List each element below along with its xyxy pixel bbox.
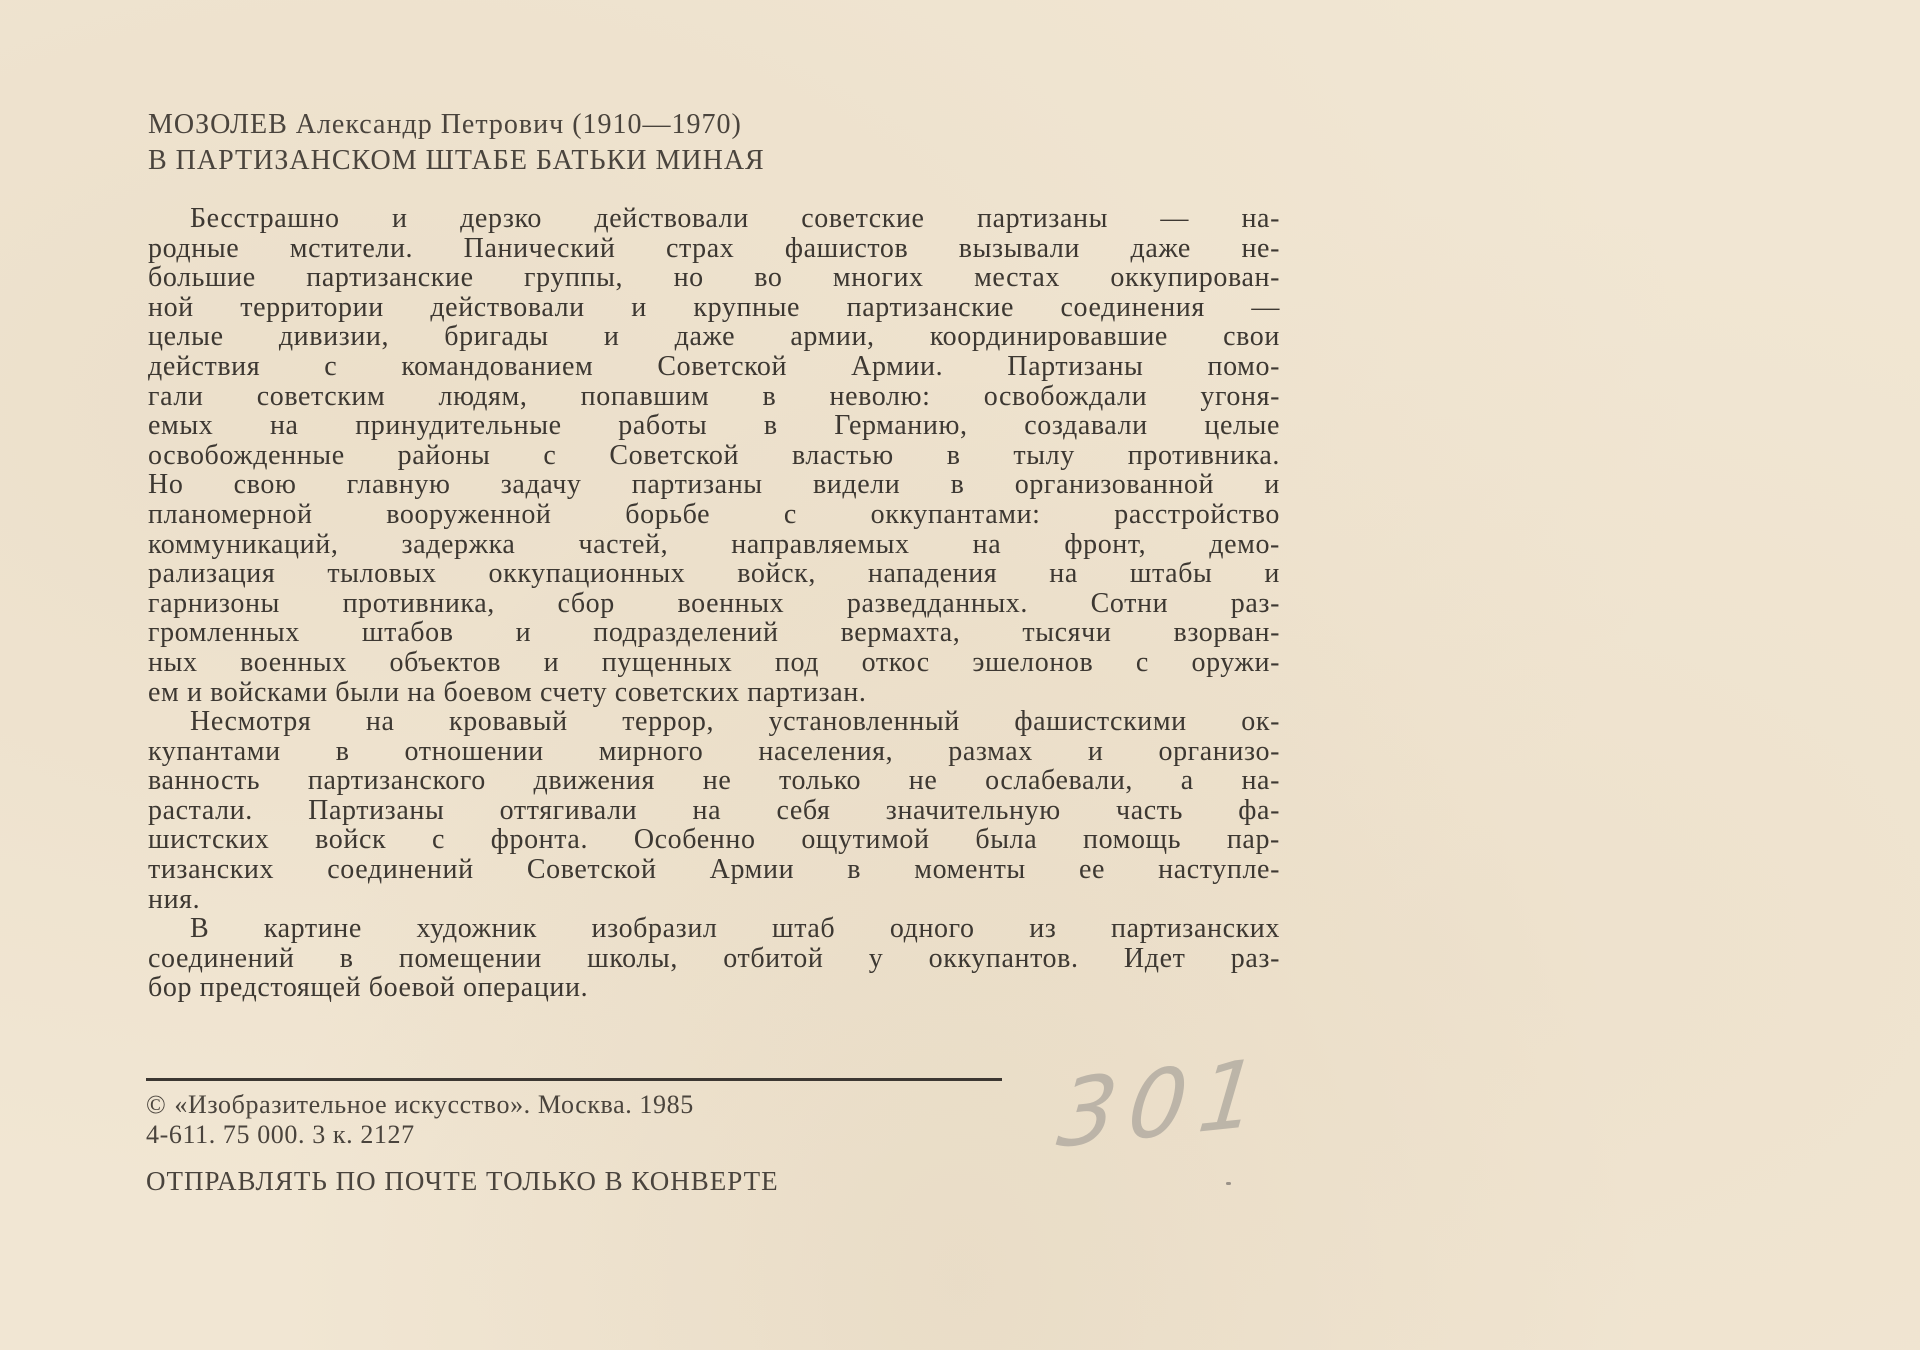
postal-notice: ОТПРАВЛЯТЬ ПО ПОЧТЕ ТОЛЬКО В КОНВЕРТЕ bbox=[146, 1166, 779, 1197]
text-line: тизанских соединений Советской Армии в м… bbox=[148, 855, 1280, 885]
author-line: МОЗОЛЕВ Александр Петрович (1910—1970) bbox=[148, 108, 765, 142]
postcard-back: МОЗОЛЕВ Александр Петрович (1910—1970) В… bbox=[0, 0, 1920, 1350]
text-line: шистских войск с фронта. Особенно ощутим… bbox=[148, 825, 1280, 855]
divider-rule bbox=[146, 1078, 1002, 1081]
description-text: Бесстрашно и дерзко действовали советски… bbox=[148, 204, 1280, 1003]
text-line: ем и войсками были на боевом счету совет… bbox=[148, 678, 1280, 708]
text-line: емых на принудительные работы в Германию… bbox=[148, 411, 1280, 441]
text-line: рализация тыловых оккупационных войск, н… bbox=[148, 559, 1280, 589]
text-line: соединений в помещении школы, отбитой у … bbox=[148, 944, 1280, 974]
artwork-title: В ПАРТИЗАНСКОМ ШТАБЕ БАТЬКИ МИНАЯ bbox=[148, 144, 765, 178]
text-line: целые дивизии, бригады и даже армии, коо… bbox=[148, 322, 1280, 352]
text-line: Несмотря на кровавый террор, установленн… bbox=[148, 707, 1280, 737]
text-line: большие партизанские группы, но во многи… bbox=[148, 263, 1280, 293]
text-line: громленных штабов и подразделений вермах… bbox=[148, 618, 1280, 648]
header: МОЗОЛЕВ Александр Петрович (1910—1970) В… bbox=[148, 108, 765, 178]
text-line: освобожденные районы с Советской властью… bbox=[148, 441, 1280, 471]
text-line: коммуникаций, задержка частей, направляе… bbox=[148, 530, 1280, 560]
publisher-line: ©«Изобразительное искусство». Москва. 19… bbox=[146, 1090, 694, 1120]
text-line: действия с командованием Советской Армии… bbox=[148, 352, 1280, 382]
text-line: ной территории действовали и крупные пар… bbox=[148, 293, 1280, 323]
text-line: родные мстители. Панический страх фашист… bbox=[148, 234, 1280, 264]
text-line: ванность партизанского движения не тольк… bbox=[148, 766, 1280, 796]
text-line: ных военных объектов и пущенных под отко… bbox=[148, 648, 1280, 678]
text-line: купантами в отношении мирного населения,… bbox=[148, 737, 1280, 767]
text-line: Но свою главную задачу партизаны видели … bbox=[148, 470, 1280, 500]
text-line: В картине художник изобразил штаб одного… bbox=[148, 914, 1280, 944]
text-line: гарнизоны противника, сбор военных разве… bbox=[148, 589, 1280, 619]
text-line: гали советским людям, попавшим в неволю:… bbox=[148, 382, 1280, 412]
text-line: ния. bbox=[148, 885, 1280, 915]
text-line: планомерной вооруженной борьбе с оккупан… bbox=[148, 500, 1280, 530]
handwritten-number: 301 bbox=[1053, 1038, 1275, 1169]
text-line: Бесстрашно и дерзко действовали советски… bbox=[148, 204, 1280, 234]
text-line: растали. Партизаны оттягивали на себя зн… bbox=[148, 796, 1280, 826]
publisher-text: «Изобразительное искусство». Москва. 198… bbox=[174, 1090, 693, 1119]
text-line: бор предстоящей боевой операции. bbox=[148, 973, 1280, 1003]
print-code: 4-611. 75 000. 3 к. 2127 bbox=[146, 1120, 694, 1150]
paper-speck bbox=[1226, 1182, 1231, 1185]
imprint: ©«Изобразительное искусство». Москва. 19… bbox=[146, 1090, 694, 1150]
copyright-icon: © bbox=[146, 1090, 166, 1120]
